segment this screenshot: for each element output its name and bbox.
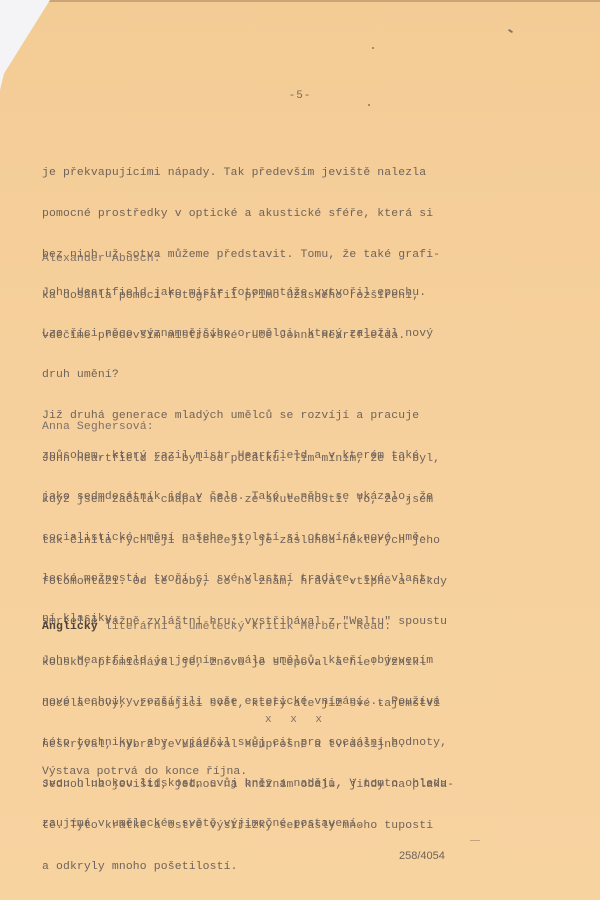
text-line: když jsem začala chápat něco ze skutečno… (42, 494, 562, 508)
text-line: této techniky, aby vyjádřil svůj cit pro… (42, 737, 562, 751)
document-page: -5- je překvapujícími nápady. Tak předev… (0, 0, 600, 900)
paper-speck (470, 840, 480, 841)
text-line: zaujímá v uměleckém světě výjimečné post… (42, 818, 562, 832)
text-line: Lze říci něco významnějšího o umělci, kt… (42, 328, 562, 342)
text-line: druh umění? (42, 369, 562, 383)
text-line: nové techniky rozšířili naše estetické v… (42, 696, 562, 710)
paper-speck (372, 47, 374, 49)
folded-corner-shadow (0, 0, 22, 90)
paragraph-read: John Heartfield je jedním z mála umělců,… (42, 628, 562, 859)
text-line: John Heartfield je jedním z mála umělců,… (42, 655, 562, 669)
text-line: svou hlubokou lidskost, svůj hněv a nadě… (42, 778, 562, 792)
text-line: tak činila rychleji a lehčeji, je zásluh… (42, 535, 562, 549)
text-line: fotomontáží. Od té doby, co ho znám, hrá… (42, 576, 562, 590)
text-line: John Heartfield jako mistr fotomontáže v… (42, 287, 562, 301)
text-line: a odkryly mnoho pošetilostí. (42, 861, 562, 875)
section-separator: x x x (265, 714, 328, 726)
text-line: pomocné prostředky v optické a akustické… (42, 208, 562, 222)
paper-speck (368, 104, 370, 106)
text-line: John Heartfield zde byl od počátku. Tím … (42, 453, 562, 467)
text-line: je překvapujícími nápady. Tak především … (42, 167, 562, 181)
paper-speck (508, 29, 513, 34)
page-number: -5- (0, 90, 600, 102)
closing-note: Výstava potrvá do konce října. (42, 766, 247, 778)
archive-reference: 258/4054 (399, 850, 445, 862)
page-top-edge (48, 0, 600, 2)
